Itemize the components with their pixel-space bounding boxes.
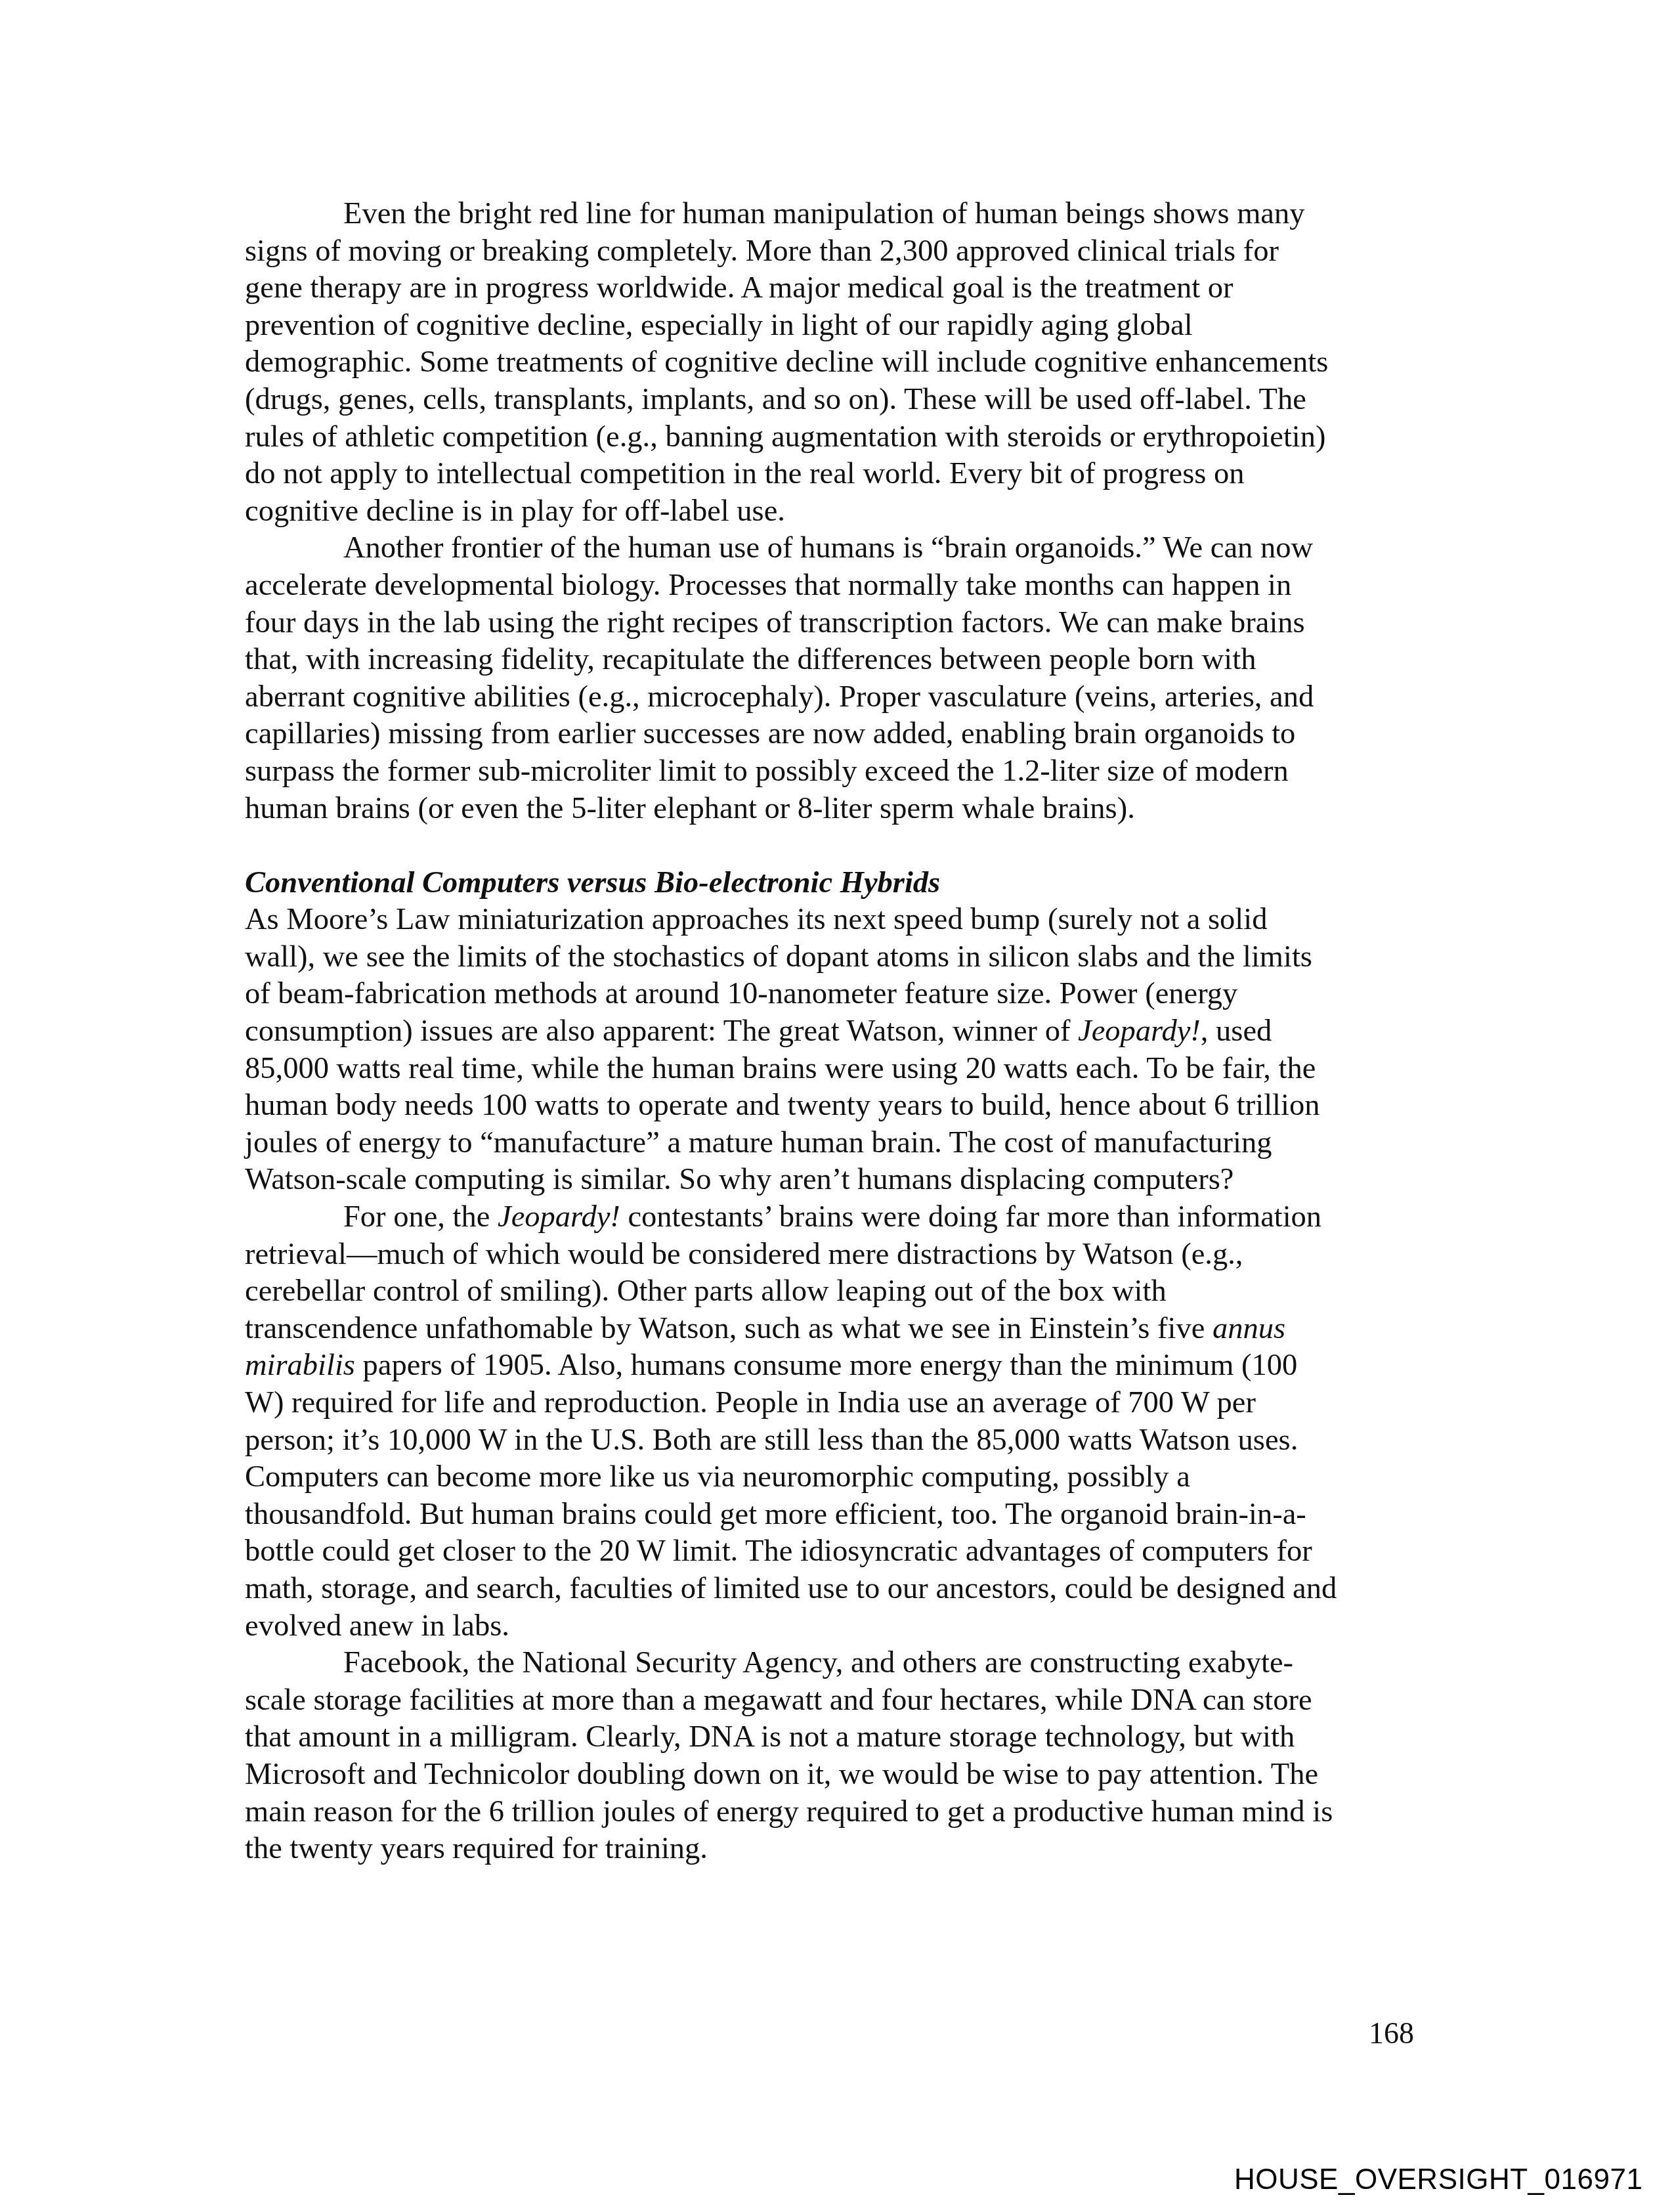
- paragraph-spacer: [245, 827, 1427, 865]
- text-segment: contestants’ brains were doing far more …: [620, 1200, 1321, 1234]
- paragraph-moores-law: As Moore’s Law miniaturization approache…: [245, 901, 1427, 1199]
- bates-number: HOUSE_OVERSIGHT_016971: [1234, 2163, 1642, 2196]
- italic-title-jeopardy: Jeopardy!: [498, 1200, 620, 1234]
- text-line: wall), we see the limits of the stochast…: [245, 939, 1427, 976]
- text-line: thousandfold. But human brains could get…: [245, 1496, 1427, 1534]
- text-line: evolved anew in labs.: [245, 1608, 1427, 1645]
- text-line: math, storage, and search, faculties of …: [245, 1571, 1427, 1608]
- text-line: Even the bright red line for human manip…: [245, 196, 1427, 233]
- paragraph-brain-organoids: Another frontier of the human use of hum…: [245, 530, 1427, 827]
- text-line: consumption) issues are also apparent: T…: [245, 1013, 1427, 1051]
- paragraph-jeopardy-contestants: For one, the Jeopardy! contestants’ brai…: [245, 1199, 1427, 1645]
- text-line: human brains (or even the 5-liter elepha…: [245, 791, 1427, 828]
- document-page: Even the bright red line for human manip…: [245, 196, 1427, 1868]
- section-heading: Conventional Computers versus Bio-electr…: [245, 865, 1427, 902]
- text-line: joules of energy to “manufacture” a matu…: [245, 1125, 1427, 1162]
- text-line: that, with increasing fidelity, recapitu…: [245, 641, 1427, 679]
- italic-term-annus: annus: [1213, 1312, 1285, 1345]
- text-line: Facebook, the National Security Agency, …: [245, 1645, 1427, 1682]
- text-line: prevention of cognitive decline, especia…: [245, 307, 1427, 345]
- text-line: the twenty years required for training.: [245, 1831, 1427, 1868]
- text-line: four days in the lab using the right rec…: [245, 605, 1427, 642]
- page-number: 168: [1369, 2016, 1414, 2050]
- text-line: rules of athletic competition (e.g., ban…: [245, 419, 1427, 456]
- text-line: For one, the Jeopardy! contestants’ brai…: [245, 1199, 1427, 1236]
- text-line: surpass the former sub-microliter limit …: [245, 753, 1427, 791]
- text-line: 85,000 watts real time, while the human …: [245, 1051, 1427, 1088]
- text-line: scale storage facilities at more than a …: [245, 1682, 1427, 1720]
- text-line: cerebellar control of smiling). Other pa…: [245, 1273, 1427, 1311]
- text-line: demographic. Some treatments of cognitiv…: [245, 344, 1427, 381]
- text-line: Another frontier of the human use of hum…: [245, 530, 1427, 567]
- paragraph-dna-storage: Facebook, the National Security Agency, …: [245, 1645, 1427, 1868]
- text-segment: transcendence unfathomable by Watson, su…: [245, 1312, 1213, 1345]
- text-line: of beam-fabrication methods at around 10…: [245, 976, 1427, 1013]
- text-segment: , used: [1201, 1014, 1272, 1048]
- text-segment: papers of 1905. Also, humans consume mor…: [355, 1349, 1297, 1382]
- text-line: Watson-scale computing is similar. So wh…: [245, 1161, 1427, 1199]
- text-line: retrieval—much of which would be conside…: [245, 1236, 1427, 1274]
- text-line: that amount in a milligram. Clearly, DNA…: [245, 1719, 1427, 1756]
- text-line: As Moore’s Law miniaturization approache…: [245, 901, 1427, 939]
- text-line: mirabilis papers of 1905. Also, humans c…: [245, 1347, 1427, 1385]
- text-line: cognitive decline is in play for off-lab…: [245, 493, 1427, 531]
- paragraph-gene-therapy: Even the bright red line for human manip…: [245, 196, 1427, 530]
- text-line: do not apply to intellectual competition…: [245, 456, 1427, 493]
- text-segment: consumption) issues are also apparent: T…: [245, 1014, 1078, 1048]
- text-line: Computers can become more like us via ne…: [245, 1459, 1427, 1496]
- text-line: human body needs 100 watts to operate an…: [245, 1087, 1427, 1125]
- text-line: gene therapy are in progress worldwide. …: [245, 270, 1427, 307]
- italic-term-mirabilis: mirabilis: [245, 1349, 355, 1382]
- text-line: accelerate developmental biology. Proces…: [245, 567, 1427, 605]
- text-line: person; it’s 10,000 W in the U.S. Both a…: [245, 1422, 1427, 1460]
- text-line: (drugs, genes, cells, transplants, impla…: [245, 381, 1427, 419]
- text-line: transcendence unfathomable by Watson, su…: [245, 1311, 1427, 1348]
- text-line: signs of moving or breaking completely. …: [245, 233, 1427, 271]
- text-line: bottle could get closer to the 20 W limi…: [245, 1533, 1427, 1571]
- text-line: Microsoft and Technicolor doubling down …: [245, 1756, 1427, 1794]
- text-line: capillaries) missing from earlier succes…: [245, 716, 1427, 753]
- text-segment: For one, the: [343, 1200, 498, 1234]
- italic-title-jeopardy: Jeopardy!: [1078, 1014, 1201, 1048]
- text-line: W) required for life and reproduction. P…: [245, 1385, 1427, 1422]
- text-line: main reason for the 6 trillion joules of…: [245, 1794, 1427, 1831]
- text-line: aberrant cognitive abilities (e.g., micr…: [245, 679, 1427, 716]
